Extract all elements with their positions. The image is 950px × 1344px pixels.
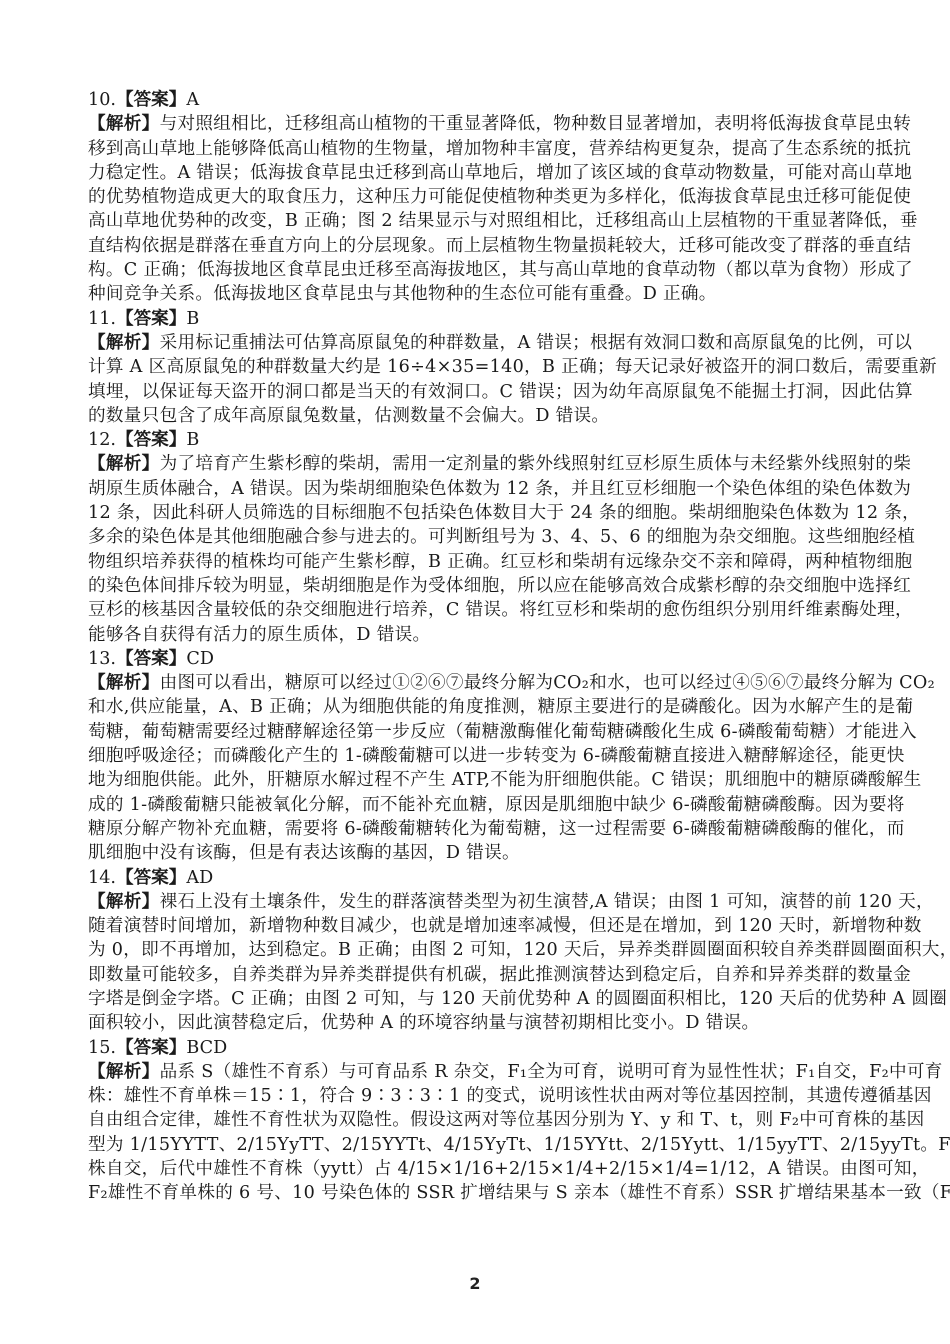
analysis-tag: 【解析】: [88, 1061, 160, 1082]
analysis-line: 【解析】与对照组相比，迁移组高山植物的干重显著降低，物种数目显著增加，表明将低海…: [88, 112, 874, 136]
analysis-line: 【解析】品系 S（雄性不育系）与可育品系 R 杂交，F₁全为可育，说明可育为显性…: [88, 1060, 874, 1084]
analysis-line: 构。C 正确；低海拔地区食草昆虫迁移至高海拔地区，其与高山草地的食草动物（都以草…: [88, 258, 874, 282]
analysis-text: 字塔是倒金字塔。C 正确；由图 2 可知，与 120 天前优势种 A 的圆圈面积…: [88, 989, 947, 1009]
analysis-line: 字塔是倒金字塔。C 正确；由图 2 可知，与 120 天前优势种 A 的圆圈面积…: [88, 987, 874, 1011]
analysis-text: 力稳定性。A 错误；低海拔食草昆虫迁移到高山草地后，增加了该区域的食草动物数量，…: [88, 163, 912, 183]
analysis-text: 型为 1/15YYTT、2/15YyTT、2/15YYTt、4/15YyTt、1…: [88, 1135, 950, 1155]
analysis-text: 株：雄性不育单株＝15∶1，符合 9∶3∶3∶1 的变式，说明该性状由两对等位基…: [88, 1086, 932, 1106]
analysis-tag: 【解析】: [88, 453, 160, 474]
answer-tag: 【答案】: [116, 429, 186, 450]
analysis-line: 的优势植物造成更大的取食压力，这种压力可能促使植物种类更为多样化，低海拔食草昆虫…: [88, 185, 874, 209]
answer-value: B: [186, 309, 199, 329]
question-number: 10.: [88, 90, 116, 110]
analysis-line: 株自交，后代中雄性不育株（yytt）占 4/15×1/16+2/15×1/4+2…: [88, 1157, 874, 1181]
analysis-text: 采用标记重捕法可估算高原鼠兔的种群数量，A 错误；根据有效洞口数和高原鼠兔的比例…: [160, 333, 913, 353]
analysis-line: 豆杉的核基因含量较低的杂交细胞进行培养，C 错误。将红豆杉和柴胡的愈伤组织分别用…: [88, 598, 874, 622]
analysis-line: 萄糖，葡萄糖需要经过糖酵解途径第一步反应（葡糖激酶催化葡萄糖磷酸化生成 6-磷酸…: [88, 720, 874, 744]
answer-value: A: [186, 90, 199, 110]
analysis-paragraph: 【解析】为了培育产生紫杉醇的柴胡，需用一定剂量的紫外线照射红豆杉原生质体与未经紫…: [88, 452, 874, 646]
analysis-line: 填埋，以保证每天盗开的洞口都是当天的有效洞口。C 错误；因为幼年高原鼠兔不能掘土…: [88, 380, 874, 404]
analysis-line: 肌细胞中没有该酶，但是有表达该酶的基因，D 错误。: [88, 841, 874, 865]
answer-heading: 14.【答案】AD: [88, 866, 874, 890]
analysis-line: 成的 1-磷酸葡糖只能被氧化分解，而不能补充血糖，原因是肌细胞中缺少 6-磷酸葡…: [88, 793, 874, 817]
analysis-tag: 【解析】: [88, 332, 160, 353]
answer-value: CD: [186, 649, 214, 669]
analysis-text: 12 条，因此科研人员筛选的目标细胞不包括染色体数目大于 24 条的细胞。柴胡细…: [88, 503, 920, 523]
analysis-text: 移到高山草地上能够降低高山植物的生物量，增加物种丰富度，营养结构更复杂，提高了生…: [88, 139, 911, 159]
analysis-line: 移到高山草地上能够降低高山植物的生物量，增加物种丰富度，营养结构更复杂，提高了生…: [88, 137, 874, 161]
analysis-text: 肌细胞中没有该酶，但是有表达该酶的基因，D 错误。: [88, 843, 520, 863]
analysis-line: 即数量可能较多，自养类群为异养类群提供有机碳，据此推测演替达到稳定后，自养和异养…: [88, 963, 874, 987]
analysis-paragraph: 【解析】裸石上没有土壤条件，发生的群落演替类型为初生演替,A 错误；由图 1 可…: [88, 890, 874, 1036]
analysis-line: 物组织培养获得的植株均可能产生紫杉醇，B 正确。红豆杉和柴胡有远缘杂交不亲和障碍…: [88, 550, 874, 574]
analysis-paragraph: 【解析】与对照组相比，迁移组高山植物的干重显著降低，物种数目显著增加，表明将低海…: [88, 112, 874, 306]
analysis-text: 的数量只包含了成年高原鼠兔数量，估测数量不会偏大。D 错误。: [88, 406, 609, 426]
analysis-text: 高山草地优势种的改变，B 正确；图 2 结果显示与对照组相比，迁移组高山上层植物…: [88, 211, 918, 231]
analysis-text: 即数量可能较多，自养类群为异养类群提供有机碳，据此推测演替达到稳定后，自养和异养…: [88, 965, 911, 985]
analysis-line: 【解析】裸石上没有土壤条件，发生的群落演替类型为初生演替,A 错误；由图 1 可…: [88, 890, 874, 914]
analysis-line: 种间竞争关系。低海拔地区食草昆虫与其他物种的生态位可能有重叠。D 正确。: [88, 282, 874, 306]
analysis-text: 与对照组相比，迁移组高山植物的干重显著降低，物种数目显著增加，表明将低海拔食草昆…: [160, 114, 912, 134]
analysis-line: 多余的染色体是其他细胞融合参与进去的。可判断组号为 3、4、5、6 的细胞为杂交…: [88, 525, 874, 549]
analysis-paragraph: 【解析】由图可以看出，糖原可以经过①②⑥⑦最终分解为CO₂和水，也可以经过④⑤⑥…: [88, 671, 874, 865]
analysis-text: 为 0，即不再增加，达到稳定。B 正确；由图 2 可知，120 天后，异养类群圆…: [88, 940, 950, 960]
analysis-line: 地为细胞供能。此外，肝糖原水解过程不产生 ATP,不能为肝细胞供能。C 错误；肌…: [88, 768, 874, 792]
page-number: 2: [0, 1274, 950, 1293]
analysis-text: 萄糖，葡萄糖需要经过糖酵解途径第一步反应（葡糖激酶催化葡萄糖磷酸化生成 6-磷酸…: [88, 722, 917, 742]
answer-entry: 15.【答案】BCD【解析】品系 S（雄性不育系）与可育品系 R 杂交，F₁全为…: [88, 1036, 874, 1206]
analysis-text: 直结构依据是群落在垂直方向上的分层现象。而上层植物生物量损耗较大，迁移可能改变了…: [88, 236, 911, 256]
analysis-text: 构。C 正确；低海拔地区食草昆虫迁移至高海拔地区，其与高山草地的食草动物（都以草…: [88, 260, 913, 280]
analysis-text: 自由组合定律，雄性不育性状为双隐性。假设这两对等位基因分别为 Y、y 和 T、t…: [88, 1110, 925, 1130]
answer-heading: 13.【答案】CD: [88, 647, 874, 671]
answer-tag: 【答案】: [116, 308, 186, 329]
analysis-text: 豆杉的核基因含量较低的杂交细胞进行培养，C 错误。将红豆杉和柴胡的愈伤组织分别用…: [88, 600, 913, 620]
analysis-line: 为 0，即不再增加，达到稳定。B 正确；由图 2 可知，120 天后，异养类群圆…: [88, 938, 874, 962]
analysis-line: 型为 1/15YYTT、2/15YyTT、2/15YYTt、4/15YyTt、1…: [88, 1133, 874, 1157]
analysis-line: 面积较小，因此演替稳定后，优势种 A 的环境容纳量与演替初期相比变小。D 错误。: [88, 1011, 874, 1035]
analysis-tag: 【解析】: [88, 113, 160, 134]
answer-heading: 12.【答案】B: [88, 428, 874, 452]
analysis-line: 随着演替时间增加，新增物种数目减少，也就是增加速率减慢，但还是在增加，到 120…: [88, 914, 874, 938]
answer-tag: 【答案】: [116, 89, 186, 110]
analysis-paragraph: 【解析】品系 S（雄性不育系）与可育品系 R 杂交，F₁全为可育，说明可育为显性…: [88, 1060, 874, 1206]
analysis-line: 胡原生质体融合，A 错误。因为柴胡细胞染色体数为 12 条，并且红豆杉细胞一个染…: [88, 477, 874, 501]
analysis-text: F₂雄性不育单株的 6 号、10 号染色体的 SSR 扩增结果与 S 亲本（雄性…: [88, 1183, 950, 1203]
analysis-line: 的数量只包含了成年高原鼠兔数量，估测数量不会偏大。D 错误。: [88, 404, 874, 428]
analysis-text: 的优势植物造成更大的取食压力，这种压力可能促使植物种类更为多样化，低海拔食草昆虫…: [88, 187, 911, 207]
answer-heading: 11.【答案】B: [88, 307, 874, 331]
analysis-text: 品系 S（雄性不育系）与可育品系 R 杂交，F₁全为可育，说明可育为显性性状；F…: [160, 1062, 943, 1082]
question-number: 11.: [88, 309, 116, 329]
analysis-text: 物组织培养获得的植株均可能产生紫杉醇，B 正确。红豆杉和柴胡有远缘杂交不亲和障碍…: [88, 552, 912, 572]
answer-tag: 【答案】: [116, 1037, 186, 1058]
analysis-line: 自由组合定律，雄性不育性状为双隐性。假设这两对等位基因分别为 Y、y 和 T、t…: [88, 1108, 874, 1132]
analysis-tag: 【解析】: [88, 891, 160, 912]
analysis-line: 的染色体间排斥较为明显，柴胡细胞是作为受体细胞，所以应在能够高效合成紫杉醇的杂交…: [88, 574, 874, 598]
analysis-text: 裸石上没有土壤条件，发生的群落演替类型为初生演替,A 错误；由图 1 可知，演替…: [160, 892, 934, 912]
answer-entry: 11.【答案】B【解析】采用标记重捕法可估算高原鼠兔的种群数量，A 错误；根据有…: [88, 307, 874, 428]
analysis-line: F₂雄性不育单株的 6 号、10 号染色体的 SSR 扩增结果与 S 亲本（雄性…: [88, 1181, 874, 1205]
analysis-text: 胡原生质体融合，A 错误。因为柴胡细胞染色体数为 12 条，并且红豆杉细胞一个染…: [88, 479, 911, 499]
analysis-text: 和水,供应能量，A、B 正确；从为细胞供能的角度推测，糖原主要进行的是磷酸化。因…: [88, 697, 913, 717]
answer-value: BCD: [186, 1038, 227, 1058]
analysis-line: 和水,供应能量，A、B 正确；从为细胞供能的角度推测，糖原主要进行的是磷酸化。因…: [88, 695, 874, 719]
analysis-text: 糖原分解产物补充血糖，需要将 6-磷酸葡糖转化为葡萄糖，这一过程需要 6-磷酸葡…: [88, 819, 905, 839]
analysis-text: 随着演替时间增加，新增物种数目减少，也就是增加速率减慢，但还是在增加，到 120…: [88, 916, 922, 936]
answer-value: B: [186, 430, 199, 450]
answer-entry: 14.【答案】AD【解析】裸石上没有土壤条件，发生的群落演替类型为初生演替,A …: [88, 866, 874, 1036]
analysis-line: 直结构依据是群落在垂直方向上的分层现象。而上层植物生物量损耗较大，迁移可能改变了…: [88, 234, 874, 258]
answer-entry: 12.【答案】B【解析】为了培育产生紫杉醇的柴胡，需用一定剂量的紫外线照射红豆杉…: [88, 428, 874, 647]
answer-tag: 【答案】: [116, 867, 186, 888]
analysis-paragraph: 【解析】采用标记重捕法可估算高原鼠兔的种群数量，A 错误；根据有效洞口数和高原鼠…: [88, 331, 874, 428]
analysis-line: 12 条，因此科研人员筛选的目标细胞不包括染色体数目大于 24 条的细胞。柴胡细…: [88, 501, 874, 525]
document-page: 10.【答案】A【解析】与对照组相比，迁移组高山植物的干重显著降低，物种数目显著…: [88, 88, 874, 1206]
analysis-line: 细胞呼吸途径；而磷酸化产生的 1-磷酸葡糖可以进一步转变为 6-磷酸葡糖直接进入…: [88, 744, 874, 768]
question-number: 12.: [88, 430, 116, 450]
analysis-line: 【解析】采用标记重捕法可估算高原鼠兔的种群数量，A 错误；根据有效洞口数和高原鼠…: [88, 331, 874, 355]
answer-entry: 10.【答案】A【解析】与对照组相比，迁移组高山植物的干重显著降低，物种数目显著…: [88, 88, 874, 307]
answer-entry: 13.【答案】CD【解析】由图可以看出，糖原可以经过①②⑥⑦最终分解为CO₂和水…: [88, 647, 874, 866]
answer-value: AD: [186, 868, 213, 888]
analysis-line: 【解析】为了培育产生紫杉醇的柴胡，需用一定剂量的紫外线照射红豆杉原生质体与未经紫…: [88, 452, 874, 476]
analysis-text: 细胞呼吸途径；而磷酸化产生的 1-磷酸葡糖可以进一步转变为 6-磷酸葡糖直接进入…: [88, 746, 905, 766]
analysis-text: 种间竞争关系。低海拔地区食草昆虫与其他物种的生态位可能有重叠。D 正确。: [88, 284, 717, 304]
analysis-text: 地为细胞供能。此外，肝糖原水解过程不产生 ATP,不能为肝细胞供能。C 错误；肌…: [88, 770, 922, 790]
analysis-line: 高山草地优势种的改变，B 正确；图 2 结果显示与对照组相比，迁移组高山上层植物…: [88, 209, 874, 233]
analysis-line: 能够各自获得有活力的原生质体，D 错误。: [88, 623, 874, 647]
analysis-text: 的染色体间排斥较为明显，柴胡细胞是作为受体细胞，所以应在能够高效合成紫杉醇的杂交…: [88, 576, 911, 596]
analysis-line: 【解析】由图可以看出，糖原可以经过①②⑥⑦最终分解为CO₂和水，也可以经过④⑤⑥…: [88, 671, 874, 695]
answer-heading: 10.【答案】A: [88, 88, 874, 112]
question-number: 14.: [88, 868, 116, 888]
analysis-tag: 【解析】: [88, 672, 160, 693]
analysis-text: 为了培育产生紫杉醇的柴胡，需用一定剂量的紫外线照射红豆杉原生质体与未经紫外线照射…: [160, 454, 912, 474]
question-number: 13.: [88, 649, 116, 669]
analysis-line: 糖原分解产物补充血糖，需要将 6-磷酸葡糖转化为葡萄糖，这一过程需要 6-磷酸葡…: [88, 817, 874, 841]
analysis-text: 成的 1-磷酸葡糖只能被氧化分解，而不能补充血糖，原因是肌细胞中缺少 6-磷酸葡…: [88, 795, 905, 815]
analysis-text: 计算 A 区高原鼠兔的种群数量大约是 16÷4×35=140，B 正确；每天记录…: [88, 357, 937, 377]
answer-tag: 【答案】: [116, 648, 186, 669]
question-number: 15.: [88, 1038, 116, 1058]
answer-heading: 15.【答案】BCD: [88, 1036, 874, 1060]
analysis-line: 计算 A 区高原鼠兔的种群数量大约是 16÷4×35=140，B 正确；每天记录…: [88, 355, 874, 379]
analysis-line: 力稳定性。A 错误；低海拔食草昆虫迁移到高山草地后，增加了该区域的食草动物数量，…: [88, 161, 874, 185]
analysis-text: 面积较小，因此演替稳定后，优势种 A 的环境容纳量与演替初期相比变小。D 错误。: [88, 1013, 759, 1033]
analysis-text: 能够各自获得有活力的原生质体，D 错误。: [88, 625, 430, 645]
analysis-text: 填埋，以保证每天盗开的洞口都是当天的有效洞口。C 错误；因为幼年高原鼠兔不能掘土…: [88, 382, 913, 402]
analysis-text: 多余的染色体是其他细胞融合参与进去的。可判断组号为 3、4、5、6 的细胞为杂交…: [88, 527, 915, 547]
analysis-text: 株自交，后代中雄性不育株（yytt）占 4/15×1/16+2/15×1/4+2…: [88, 1159, 930, 1179]
analysis-line: 株：雄性不育单株＝15∶1，符合 9∶3∶3∶1 的变式，说明该性状由两对等位基…: [88, 1084, 874, 1108]
analysis-text: 由图可以看出，糖原可以经过①②⑥⑦最终分解为CO₂和水，也可以经过④⑤⑥⑦最终分…: [160, 673, 935, 693]
